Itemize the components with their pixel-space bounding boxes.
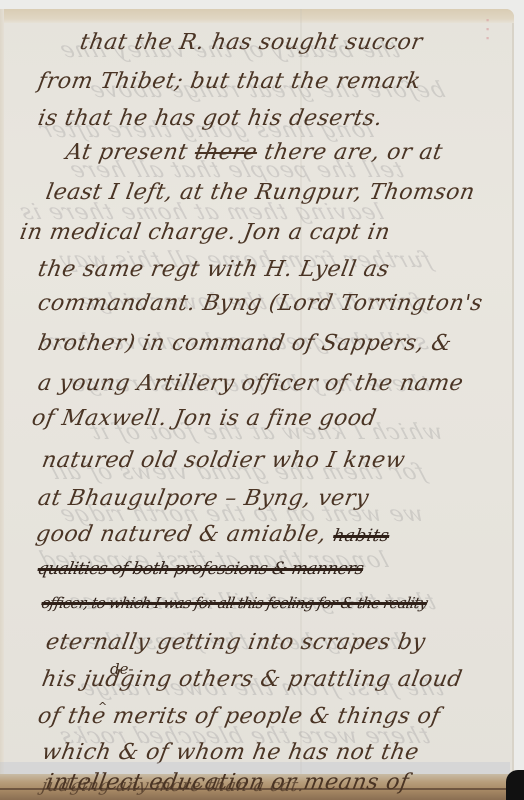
line-4-end: there are, or at [255,140,445,165]
text-line-15-cancelled: qualities of both professions & manners [36,559,365,579]
text-line-22-partial: judging any more than a cat. [40,776,306,796]
text-line-1: that the R. has sought succor [78,30,425,55]
scan-corner [506,770,524,800]
page-top-band [4,9,514,23]
text-line-3: is that he has got his deserts. [36,106,385,131]
interlinear-insertion: de- [110,660,134,678]
archive-stamp: ▪▪▪ [486,16,504,44]
text-line-11: of Maxwell. Jon is a fine good [30,406,378,431]
text-line-9: brother) in command of Sappers, & [36,331,454,356]
line-4-start: At present [64,140,197,165]
text-line-12: natured old soldier who I knew [40,448,407,473]
text-line-7: the same regt with H. Lyell as [36,257,391,282]
text-line-18: his judging others & prattling aloud [40,667,464,692]
text-line-10: a young Artillery officer of the name [36,371,465,396]
line-14-start: good natured & amiable, [34,522,336,547]
text-line-14: good natured & amiable, habits [34,522,392,547]
text-line-17: eternally getting into scrapes by [44,630,428,655]
struck-word: habits [332,526,391,546]
text-line-19: of the merits of people & things of [36,704,442,729]
text-line-2: from Thibet; but that the remark [36,69,423,94]
text-line-6: in medical charge. Jon a capt in [18,220,392,245]
document-scan: ▪▪▪ the beauty of the valley line before… [0,0,524,800]
text-line-16-cancelled: officer, to which I was for all this fee… [40,594,429,612]
struck-word: there [193,140,259,165]
text-line-5: least I left, at the Rungpur, Thomson [44,180,477,205]
text-line-8: commandant. Byng (Lord Torrington's [36,291,485,316]
text-line-4: At present there there are, or at [64,140,445,165]
text-line-13: at Bhaugulpore – Byng, very [36,486,371,511]
